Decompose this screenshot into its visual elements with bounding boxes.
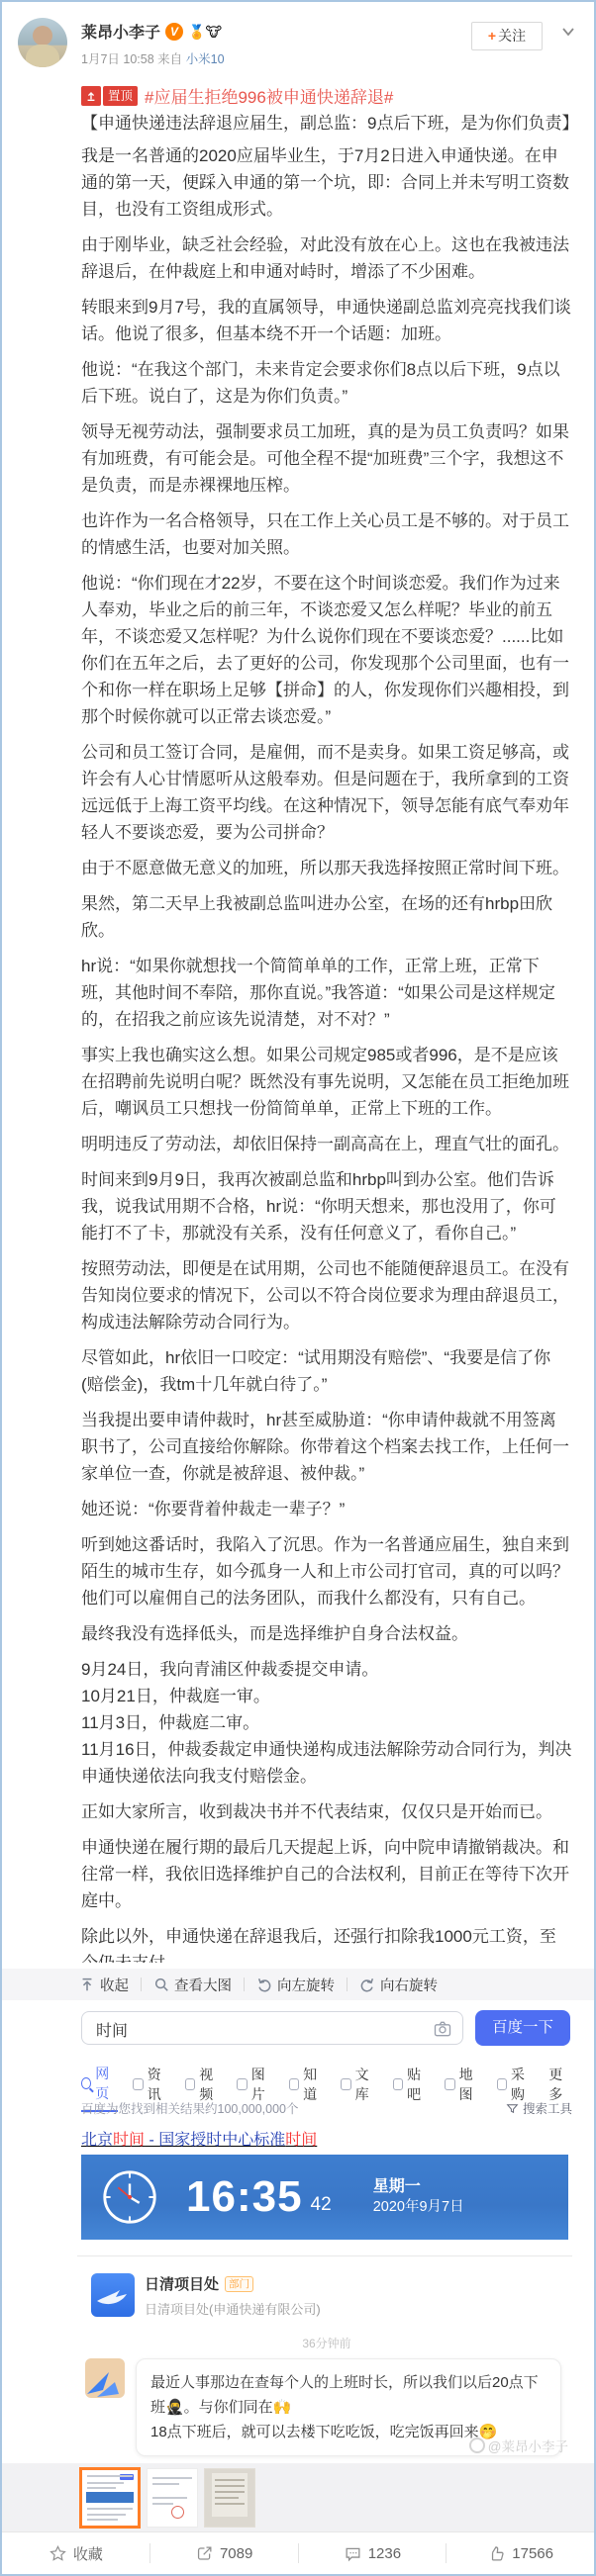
message-timestamp: 36分钟前 — [81, 2335, 572, 2351]
search-input[interactable] — [94, 2013, 395, 2045]
calendar-date: 2020年9月7日 — [373, 2197, 464, 2218]
divider — [244, 1978, 245, 1991]
rotate-left-icon — [256, 1977, 272, 1992]
action-bar: 收藏 7089 1236 17566 — [2, 2531, 594, 2574]
rotate-right-icon — [359, 1977, 375, 1992]
weekday: 星期一 — [373, 2176, 464, 2197]
tab-icon — [393, 2078, 403, 2090]
attached-screenshot[interactable]: 百度一下 网页资讯视频图片知道文库贴吧地图采购更多 百度为您找到相关结果约100… — [81, 2002, 572, 2461]
group-avatar — [91, 2273, 135, 2317]
result-link-highlight: 时间 — [285, 2132, 317, 2149]
post-paragraph: 果然，第二天早上我被副总监叫进办公室，在场的还有hrbp田欣欣。 — [81, 890, 572, 944]
post-paragraph: 尽管如此，hr依旧一口咬定：“试用期没有赔偿”、“我要是信了你(赔偿金)，我tm… — [81, 1344, 572, 1398]
post-paragraph: 时间来到9月9日，我再次被副总监和hrbp叫到办公室。他们告诉我，说我试用期不合… — [81, 1166, 572, 1246]
post-paragraph: 听到她这番话时，我陷入了沉思。作为一名普通应届生，独自来到陌生的城市生存，如今孤… — [81, 1531, 572, 1611]
pinned-badge: 置顶 — [81, 86, 138, 106]
favorite-label: 收藏 — [73, 2543, 103, 2564]
post-meta: 1月7日 10:58 来自 小米10 — [81, 49, 225, 67]
post-paragraph: 转眼来到9月7号，我的直属领导，申通快递副总监刘亮亮找我们谈话。他说了很多，但基… — [81, 294, 572, 347]
tab-label: 视频 — [199, 2065, 222, 2104]
tab-label: 更多 — [548, 2065, 572, 2104]
sender-avatar — [85, 2358, 125, 2398]
watermark-handle: @莱昂小李子 — [488, 2436, 568, 2455]
share-icon — [195, 2544, 214, 2563]
post-paragraph: 除此以外，申通快递在辞退我后，还强行扣除我1000元工资，至今仍未支付。 — [81, 1923, 572, 1963]
results-count: 百度为您找到相关结果约100,000,000个 — [81, 2099, 299, 2117]
tab-label: 文库 — [355, 2065, 378, 2104]
pin-label: 置顶 — [103, 86, 138, 106]
baidu-search-button[interactable]: 百度一下 — [475, 2010, 570, 2046]
divider — [347, 1978, 348, 1991]
chevron-down-icon[interactable] — [558, 22, 578, 42]
collapse-button[interactable]: 收起 — [79, 1975, 129, 1995]
post-paragraph: 领导无视劳动法，强制要求员工加班，真的是为员工负责吗？如果有加班费，有可能会是。… — [81, 418, 572, 499]
baidu-search-box[interactable] — [81, 2011, 463, 2045]
group-description: 日清项目处(申通快递有限公司) — [145, 2299, 321, 2318]
message-line: 最近人事那边在查每个人的上班时长，所以我们以后20点下班🥷。与你们同在🙌 — [150, 2370, 546, 2420]
tab-label: 知道 — [303, 2065, 326, 2104]
thumbnail-2[interactable] — [147, 2468, 198, 2528]
search-tab-icon — [81, 2077, 91, 2089]
post-paragraph: 明明违反了劳动法，却依旧保持一副高高在上，理直气壮的面孔。 — [81, 1131, 572, 1157]
post-paragraphs: 我是一名普通的2020应届毕业生，于7月2日进入申通快递。在申通的第一天，便踩入… — [81, 142, 572, 1963]
view-large-button[interactable]: 查看大图 — [153, 1975, 232, 1995]
star-icon — [49, 2544, 67, 2563]
tab-label: 地图 — [459, 2065, 482, 2104]
post-paragraph: 申通快递在履行期的最后几天提起上诉，向中院申请撤销裁决。和往常一样，我依旧选择维… — [81, 1834, 572, 1914]
avatar[interactable] — [18, 18, 67, 67]
topic-hashtag-link[interactable]: #应届生拒绝996被申通快递辞退# — [145, 83, 393, 108]
like-count: 17566 — [512, 2545, 553, 2562]
post-source-link[interactable]: 小米10 — [186, 52, 225, 66]
plus-icon: + — [488, 28, 496, 44]
post-paragraph: hr说：“如果你就想找一个简简单单的工作，正常上班，正常下班，其他时间不奉陪，那… — [81, 953, 572, 1033]
favorite-button[interactable]: 收藏 — [2, 2543, 149, 2564]
result-link[interactable]: 北京时间 - 国家授时中心标准时间 — [81, 2127, 317, 2150]
rotate-right-button[interactable]: 向右旋转 — [359, 1975, 438, 1995]
thumbnail-3[interactable] — [204, 2468, 255, 2528]
rotate-right-label: 向右旋转 — [380, 1975, 438, 1995]
author-row: 莱昂小李子 V 🏅🐮 — [81, 20, 222, 43]
post-paragraph: 他说：“你们现在才22岁，不要在这个时间谈恋爱。我们作为过来人奉劝，毕业之后的前… — [81, 570, 572, 730]
post-paragraph: 正如大家所言，收到裁决书并不代表结束，仅仅只是开始而已。 — [81, 1798, 572, 1825]
collapse-label: 收起 — [100, 1975, 129, 1995]
digital-seconds: 42 — [311, 2194, 332, 2216]
author-name[interactable]: 莱昂小李子 — [81, 20, 160, 43]
tab-label: 资讯 — [148, 2065, 170, 2104]
post-paragraph: 我是一名普通的2020应届毕业生，于7月2日进入申通快递。在申通的第一天，便踩入… — [81, 142, 572, 223]
thumbnail-selected[interactable] — [79, 2467, 141, 2529]
divider — [141, 1978, 142, 1991]
result-link-text: - 国家授时中心标准 — [145, 2132, 285, 2149]
tab-label: 网页 — [95, 2064, 118, 2103]
post-paragraph: 当我提出要申请仲裁时，hr甚至威胁道：“你申请仲裁就不用签离职书了，公司直接给你… — [81, 1407, 572, 1487]
post-paragraph: 由于刚毕业，缺乏社会经验，对此没有放在心上。这也在我被违法辞退后，在仲裁庭上和申… — [81, 231, 572, 285]
tab-icon — [185, 2078, 195, 2090]
follow-button[interactable]: +关注 — [471, 22, 543, 50]
repost-count: 7089 — [220, 2545, 252, 2562]
department-tag: 部门 — [225, 2276, 253, 2292]
post-paragraph: 按照劳动法，即便是在试用期，公司也不能随便辞退员工。在没有告知岗位要求的情况下，… — [81, 1255, 572, 1335]
thumbnail-strip — [2, 2463, 594, 2532]
post-paragraph: 最终我没有选择低头，而是选择维护自身合法权益。 — [81, 1620, 572, 1647]
tab-icon — [497, 2078, 507, 2090]
pin-icon — [81, 86, 101, 106]
post-paragraph: 他说：“在我这个部门，未来肯定会要求你们8点以后下班，9点以后下班。说白了，这是… — [81, 356, 572, 410]
comment-icon — [344, 2544, 362, 2563]
magnifier-icon — [153, 1977, 169, 1992]
post-paragraph: 也许作为一名合格领导，只在工作上关心员工是不够的。对于员工的情感生活，也要对加关… — [81, 507, 572, 561]
beijing-time-card: 16:35 42 星期一 2020年9月7日 — [81, 2155, 568, 2240]
tab-label: 采购 — [511, 2065, 534, 2104]
result-link-text: 北京 — [81, 2132, 113, 2149]
tab-icon — [445, 2078, 454, 2090]
tab-label: 图片 — [251, 2065, 274, 2104]
result-link-highlight: 时间 — [113, 2132, 145, 2149]
post-from-label: 来自 — [157, 52, 182, 66]
tab-icon — [289, 2078, 299, 2090]
repost-button[interactable]: 7089 — [150, 2544, 298, 2563]
post-paragraph: 公司和员工签订合同，是雇佣，而不是卖身。如果工资足够高，或许会有人心甘情愿听从这… — [81, 739, 572, 846]
divider — [77, 2255, 572, 2256]
watermark: @莱昂小李子 — [469, 2436, 568, 2455]
rotate-left-label: 向左旋转 — [277, 1975, 335, 1995]
view-large-label: 查看大图 — [174, 1975, 232, 1995]
comment-count: 1236 — [368, 2545, 401, 2562]
search-tools-button[interactable]: 搜索工具 — [506, 2099, 572, 2117]
thumbs-up-icon — [487, 2544, 506, 2563]
camera-icon[interactable] — [433, 2019, 452, 2039]
post-date: 1月7日 10:58 — [81, 52, 154, 66]
image-toolbar: 收起 查看大图 向左旋转 向右旋转 — [2, 1969, 594, 2000]
post-paragraph: 由于不愿意做无意义的加班，所以那天我选择按照正常时间下班。 — [81, 855, 572, 881]
analog-clock-icon — [99, 2166, 160, 2228]
tab-icon — [133, 2078, 143, 2090]
verified-icon: V — [165, 23, 183, 41]
rotate-left-button[interactable]: 向左旋转 — [256, 1975, 335, 1995]
group-name: 日清项目处 — [145, 2273, 219, 2294]
funnel-icon — [506, 2102, 519, 2115]
comment-button[interactable]: 1236 — [299, 2544, 447, 2563]
digital-time: 16:35 — [186, 2172, 303, 2222]
post-paragraph: 她还说：“你要背着仲裁走一辈子？” — [81, 1496, 572, 1522]
follow-label: 关注 — [498, 28, 526, 44]
post-paragraph: 9月24日，我向青浦区仲裁委提交申请。 10月21日，仲裁庭一审。 11月3日，… — [81, 1656, 572, 1790]
post-title: 【申通快递违法辞退应届生，副总监：9点后下班，是为你们负责】 — [81, 111, 574, 137]
post-paragraph: 事实上我也确实这么想。如果公司规定985或者996，是不是应该在招聘前先说明白呢… — [81, 1042, 572, 1122]
collapse-icon — [79, 1977, 95, 1992]
tab-label: 贴吧 — [407, 2065, 430, 2104]
tab-icon — [237, 2078, 247, 2090]
author-badge-icons: 🏅🐮 — [188, 23, 222, 41]
search-tools-label: 搜索工具 — [523, 2099, 572, 2117]
tab-icon — [341, 2078, 350, 2090]
like-button[interactable]: 17566 — [447, 2544, 594, 2563]
weibo-post-card: 莱昂小李子 V 🏅🐮 1月7日 10:58 来自 小米10 +关注 置顶 #应届… — [0, 0, 596, 2576]
